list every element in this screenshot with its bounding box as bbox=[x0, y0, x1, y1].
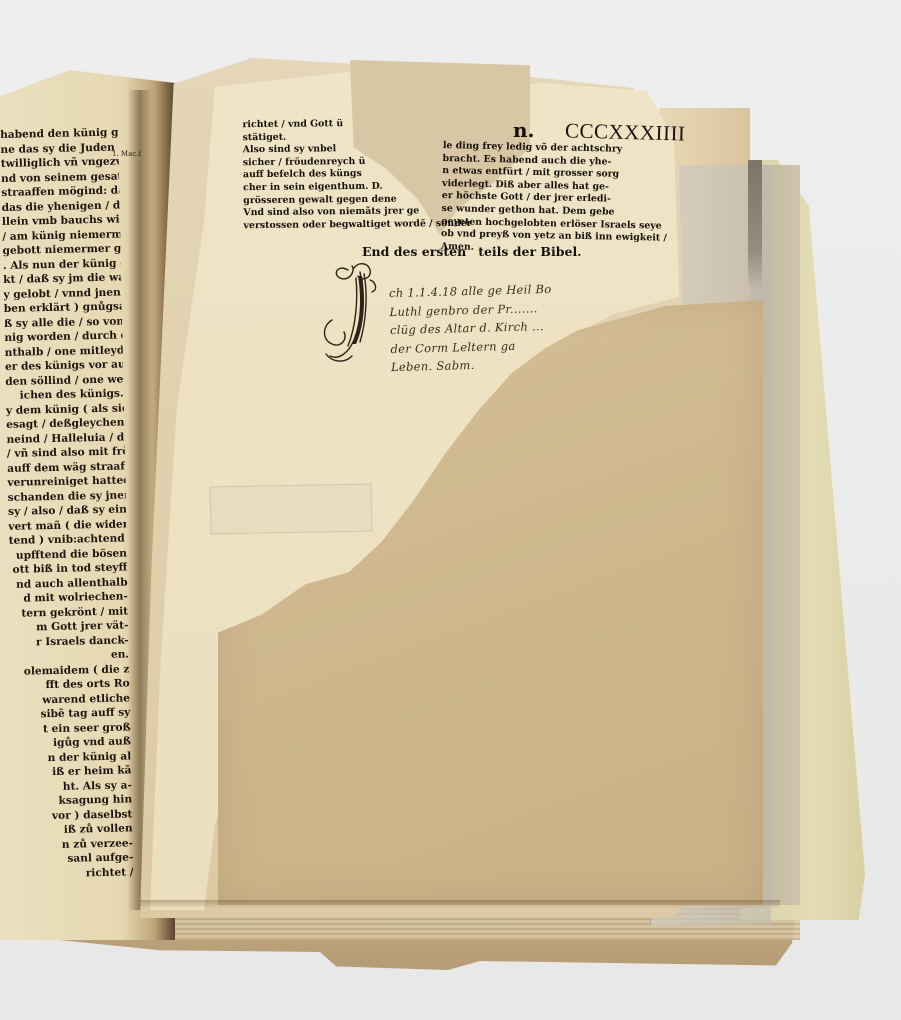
page-shadow bbox=[140, 900, 780, 908]
repair-tape-strip bbox=[210, 484, 373, 535]
dark-stained-leaf-edge bbox=[748, 160, 762, 290]
colophon-part-1: End des ersten bbox=[362, 244, 466, 259]
printed-text-left-fragment: richtet / vnd Gott üstätiget. Also sind … bbox=[242, 117, 471, 233]
left-page-text-column: habend den künig gebätten /ne das sy die… bbox=[0, 126, 134, 882]
photo-background: habend den künig gebätten /ne das sy die… bbox=[0, 0, 901, 1020]
text-line: richtet / bbox=[15, 865, 133, 882]
calligraphic-initial-icon bbox=[318, 260, 388, 370]
colophon-part-2: teils der Bibel. bbox=[478, 244, 581, 259]
margin-note: 1. Mac.f bbox=[112, 150, 141, 158]
folio-number: CCCXXXIIII bbox=[565, 118, 686, 146]
manuscript-inscription: ch 1.1.4.18 alle ge Heil BoLuthl genbro … bbox=[389, 280, 554, 377]
text-line: verstossen oder begwaltiget wordẽ / sond… bbox=[243, 218, 471, 233]
printed-text-right-fragment: le ding frey ledig võ der achtschrybrach… bbox=[441, 140, 669, 258]
colophon: End des erstenteils der Bibel. bbox=[362, 244, 582, 259]
running-head-letter: n. bbox=[513, 118, 535, 142]
